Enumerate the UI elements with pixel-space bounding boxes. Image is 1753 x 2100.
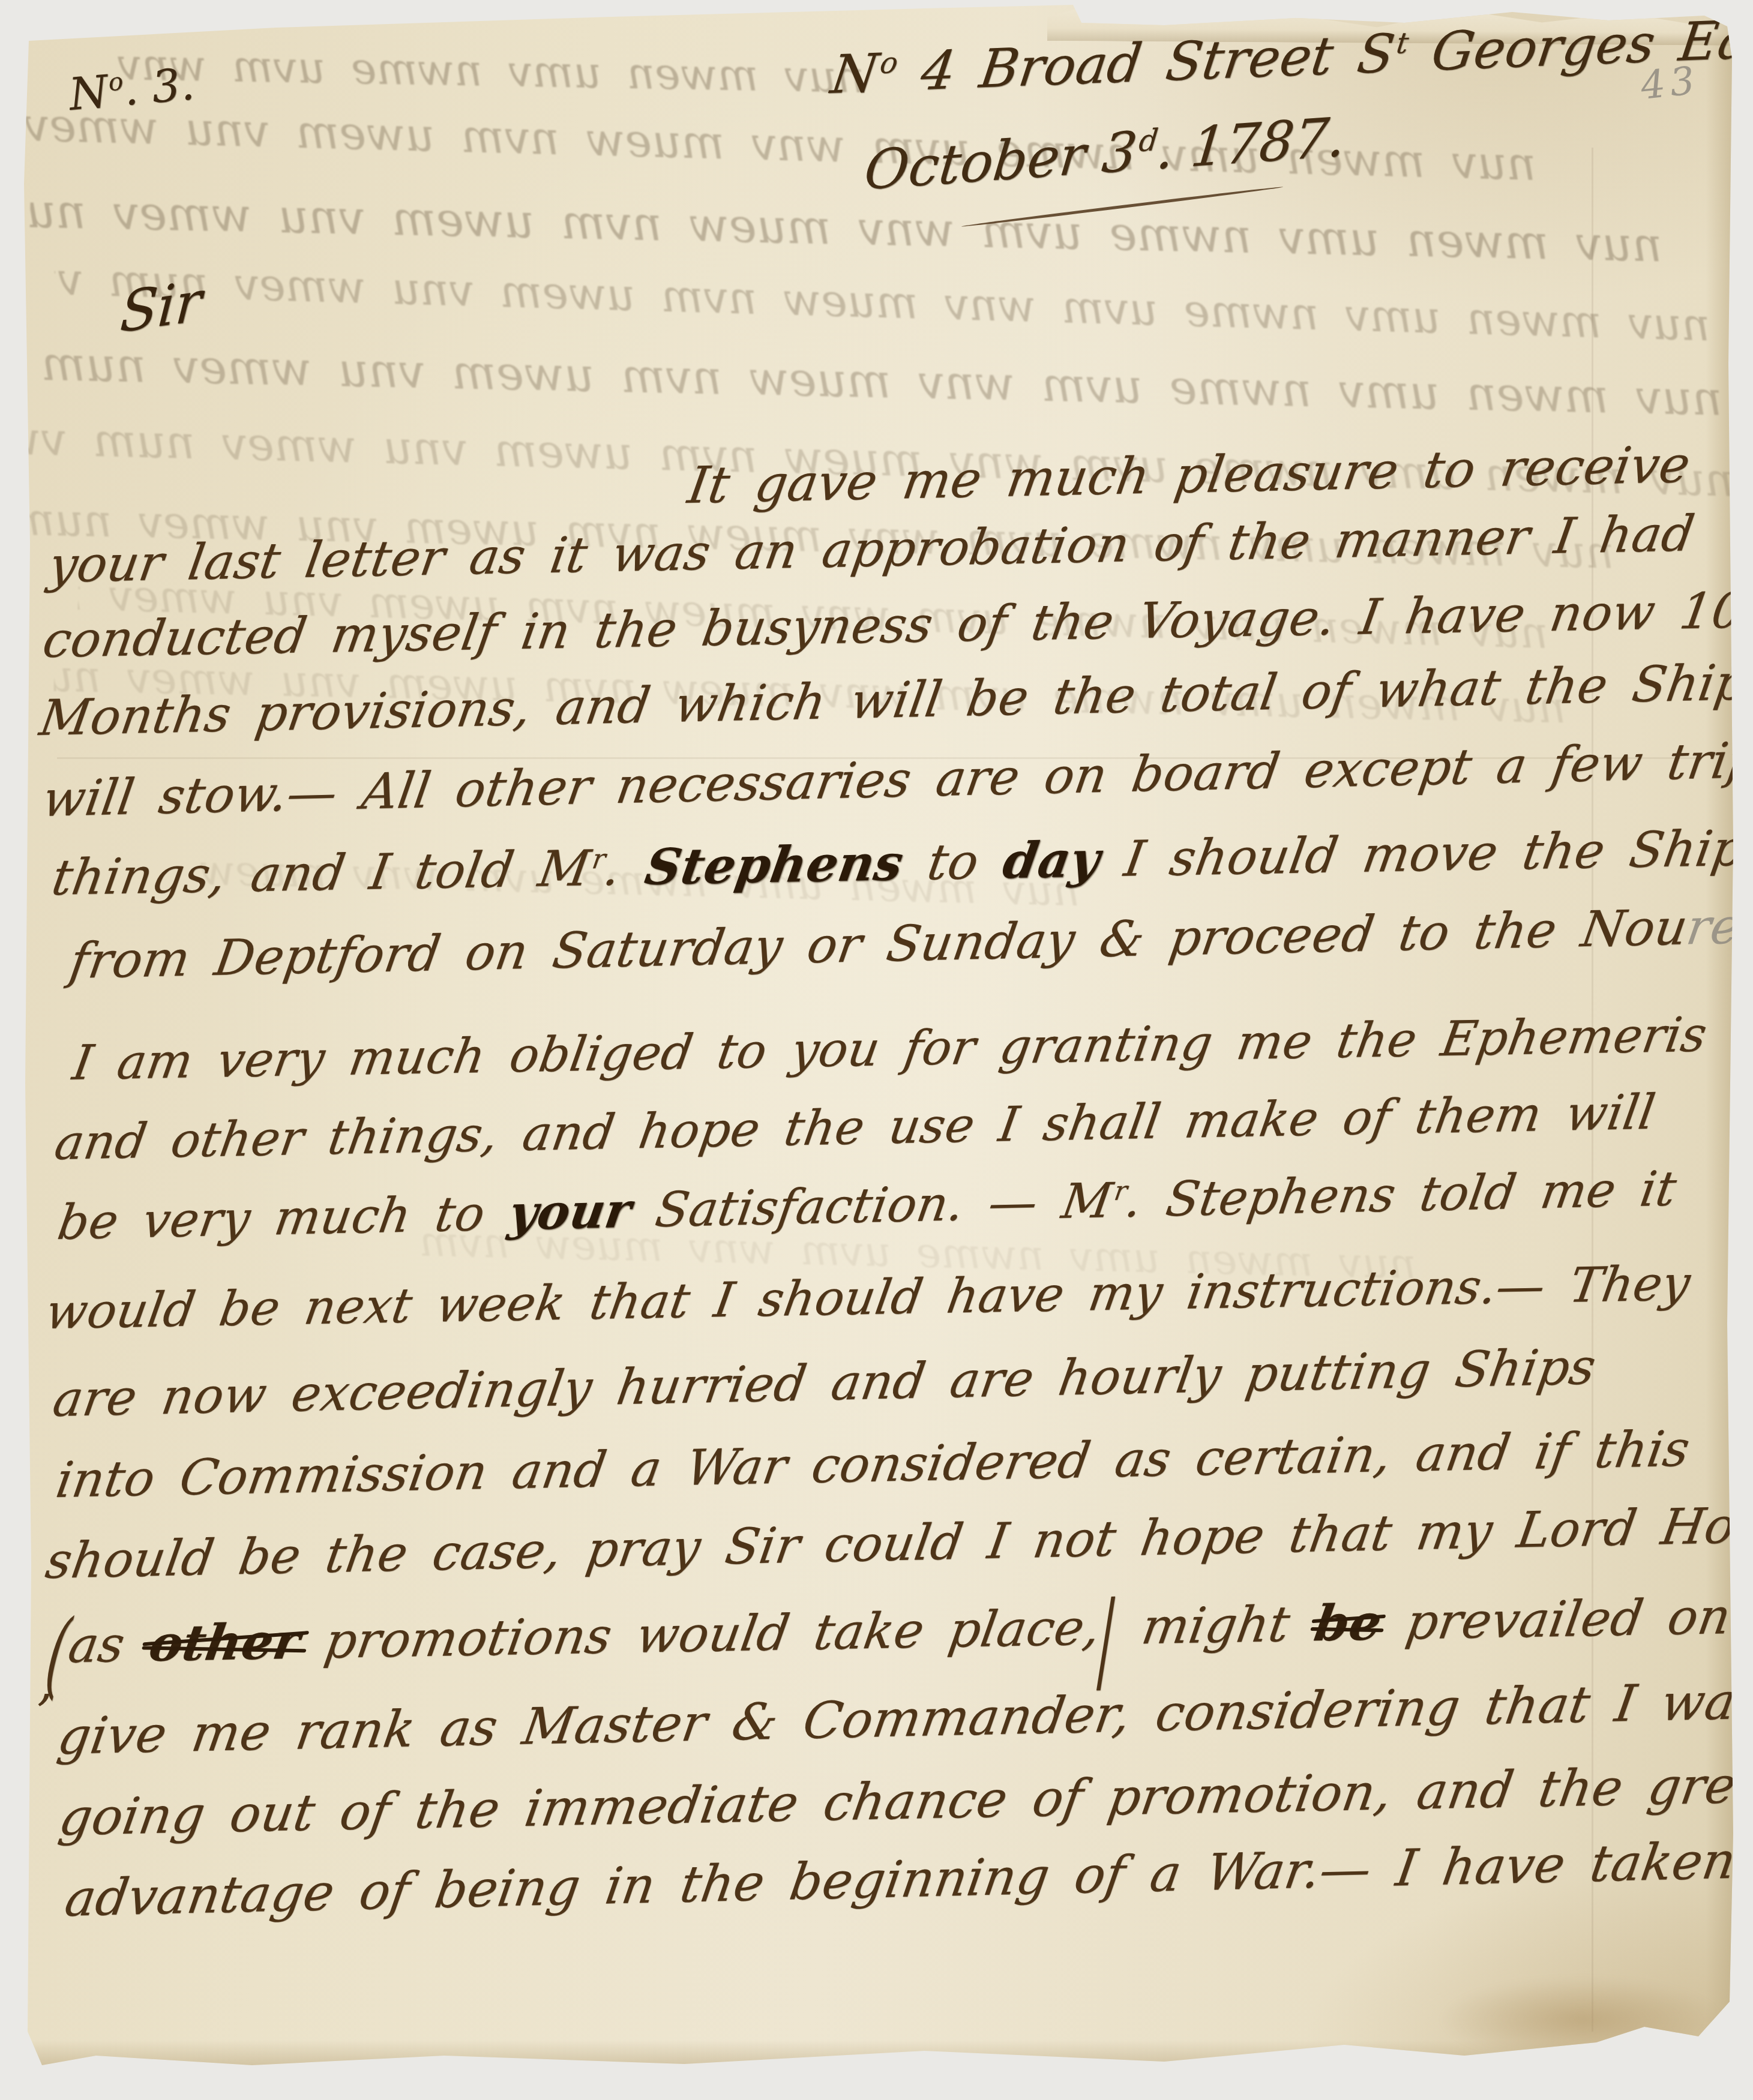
letter-text: your	[505, 1182, 636, 1241]
letter-text: 4 Broad Street S	[892, 22, 1399, 103]
letter-text: N	[827, 42, 882, 106]
letter-line-8: I am very much obliged to you for granti…	[69, 1006, 1711, 1091]
letter-line-5: will stow.— All other necessaries are on…	[39, 730, 1753, 828]
letter-text: your last letter as it was an approbatio…	[45, 505, 1698, 594]
letter-text: . Stephens told me it	[1122, 1160, 1680, 1228]
letter-text: be very much to	[54, 1185, 514, 1250]
letter-line-2: your last letter as it was an approbatio…	[45, 505, 1698, 594]
letter-text: It gave me much pleasure to receive	[684, 435, 1694, 515]
letter-line-13: into Commission and a War considered as …	[52, 1420, 1694, 1509]
pencil-word: re.	[1683, 898, 1753, 956]
letter-text: as	[64, 1616, 154, 1675]
letter-text: promotions would take place,	[295, 1599, 1105, 1670]
letter-line-11: would be next week that I should have my…	[42, 1255, 1694, 1340]
bleedthrough-line-5: nuv mwen umv nwme uvm wnv muew nvm uwem …	[23, 337, 1722, 426]
paper-stain	[1440, 1978, 1722, 2062]
letter-text: prevailed on to	[1377, 1587, 1753, 1652]
letter-text: might	[1113, 1595, 1320, 1656]
struck-word: other	[145, 1612, 304, 1673]
letter-line-9: and other things, and hope the use I sha…	[51, 1084, 1659, 1171]
bleedthrough-line-4: nuv mwen umv nwme uvm wnv muew nvm uwem …	[53, 253, 1710, 351]
letter-line-14: should be the case, pray Sir could I not…	[42, 1496, 1753, 1590]
letter-page: nuv mwen umv nwme uvm wnv muew nvm uwem …	[24, 4, 1733, 2065]
letter-line-6: things, and I told Mr. Stephens to day I…	[48, 820, 1749, 907]
bleedthrough-line-3: nuv mwen umv nwme uvm wnv muew nvm uwem …	[29, 185, 1662, 273]
letter-line-7: from Deptford on Saturday or Sunday & pr…	[66, 898, 1753, 990]
letter-text: Stephens	[641, 834, 907, 896]
letter-text: day	[999, 830, 1104, 890]
letter-line-4: Months provisions, and which will be the…	[36, 654, 1751, 747]
letter-line-3: conducted myself in the busyness of the …	[39, 582, 1748, 669]
struck-word: be	[1310, 1594, 1386, 1652]
letter-text: I am very much obliged to you for granti…	[69, 1006, 1711, 1091]
scan-background: nuv mwen umv nwme uvm wnv muew nvm uwem …	[0, 0, 1753, 2100]
letter-text: going out of the immediate chance of pro…	[55, 1754, 1753, 1847]
letter-line-10: be very much to your Satisfaction. — Mr.…	[54, 1160, 1680, 1250]
letter-text: . 1787.	[1153, 105, 1349, 182]
letter-line-18: advantage of being in the beginning of a…	[61, 1828, 1753, 1928]
letter-text: conducted myself in the busyness of the …	[39, 582, 1748, 669]
letter-line-1: It gave me much pleasure to receive	[684, 435, 1694, 515]
letter-text: and other things, and hope the use I sha…	[51, 1084, 1659, 1171]
letter-text: would be next week that I should have my…	[42, 1255, 1694, 1340]
letter-line-12: are now exceedingly hurried and are hour…	[49, 1339, 1599, 1428]
letter-text: advantage of being in the beginning of a…	[61, 1828, 1753, 1928]
archival-number: No. 3.	[67, 58, 197, 121]
letter-line-17: going out of the immediate chance of pro…	[55, 1754, 1753, 1847]
letter-text: to	[898, 833, 1008, 892]
letter-text: October 3	[861, 120, 1140, 203]
bleedthrough-line-1: nuv mwen umv nwme uvm wnv muew nvm uwem …	[113, 39, 864, 103]
letter-text: . 3.	[122, 58, 197, 116]
letter-line-15: (as other promotions would take place,| …	[45, 1586, 1753, 1675]
letter-text: from Deptford on Saturday or Sunday & pr…	[66, 899, 1692, 990]
letter-text: I should move the Ship	[1095, 820, 1748, 889]
letter-text: will stow.— All other necessaries are on…	[39, 730, 1753, 828]
salutation: Sir	[118, 268, 204, 345]
letter-text: into Commission and a War considered as …	[52, 1420, 1694, 1509]
letter-line-16: give me rank as Master & Commander, cons…	[54, 1671, 1753, 1766]
letter-text: give me rank as Master & Commander, cons…	[54, 1671, 1753, 1766]
letter-text: things, and I told M	[48, 840, 594, 907]
letter-text: are now exceedingly hurried and are hour…	[49, 1339, 1599, 1428]
letter-text: Satisfaction. — M	[627, 1172, 1116, 1238]
letter-text: N	[67, 66, 110, 121]
letter-text: should be the case, pray Sir could I not…	[42, 1496, 1753, 1590]
letter-text: Months provisions, and which will be the…	[36, 654, 1751, 747]
pencil-folio-number: 43	[1638, 58, 1701, 109]
